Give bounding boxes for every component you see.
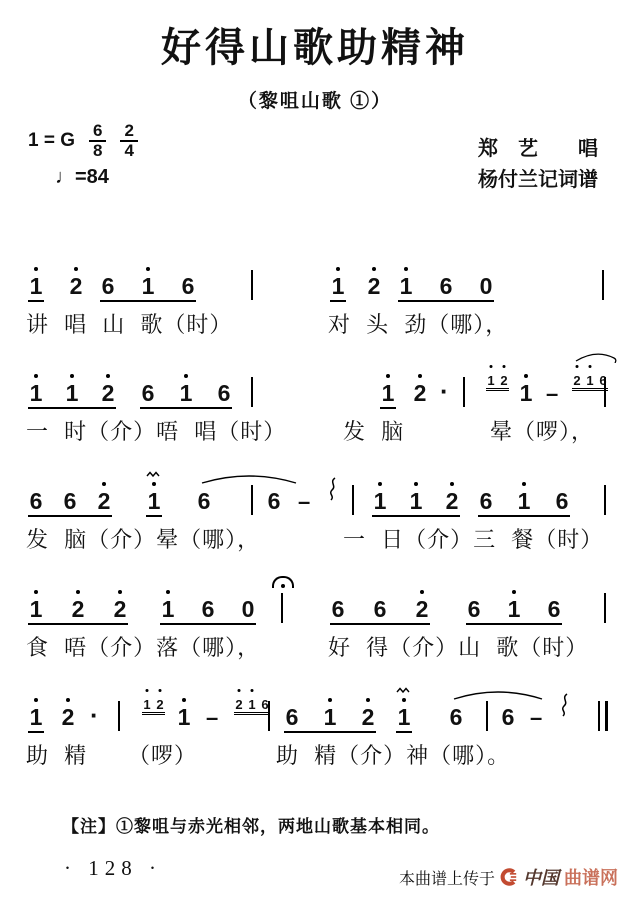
note: 2 bbox=[234, 687, 244, 711]
barline bbox=[602, 270, 604, 300]
sheet-page: 好得山歌助精神 （黎咀山歌 ①） 1 = G 6 8 2 4 ♩=84 郑 艺 … bbox=[0, 0, 630, 902]
note: 6 bbox=[598, 363, 608, 387]
octave-dot bbox=[146, 267, 150, 271]
note: 2 bbox=[412, 365, 428, 405]
site-logo-icon bbox=[500, 868, 518, 886]
note: 1 bbox=[28, 581, 44, 621]
barline bbox=[486, 701, 488, 731]
note-group: 2 bbox=[366, 258, 382, 300]
note-digit: 6 bbox=[556, 489, 569, 513]
note-digit: 6 bbox=[502, 705, 515, 729]
barline bbox=[281, 593, 283, 623]
note: 6 bbox=[372, 581, 388, 621]
meter-1-denominator: 8 bbox=[89, 142, 106, 160]
note: 1 bbox=[64, 365, 80, 405]
song-subtitle: （黎咀山歌 ①） bbox=[0, 86, 630, 113]
note-digit: 2 bbox=[500, 374, 507, 387]
lyric-segment: 晕（啰）， bbox=[490, 415, 594, 446]
note: 1 bbox=[396, 689, 412, 729]
lyrics-row: 助 精（啰）助 精（介）神（哪）。 bbox=[0, 739, 630, 773]
octave-dot bbox=[372, 267, 376, 271]
note: 2 bbox=[112, 581, 128, 621]
note-digit: 2 bbox=[62, 705, 75, 729]
note: 2 bbox=[68, 258, 84, 298]
transcriber-credit: 杨付兰记词谱 bbox=[478, 163, 598, 192]
note-group: 112 bbox=[372, 473, 460, 517]
note: 1 bbox=[486, 363, 496, 387]
note: 1 bbox=[518, 365, 534, 405]
octave-dot bbox=[184, 374, 188, 378]
lyric-segment: 发 脑 bbox=[343, 415, 404, 446]
lyric-segment: 一 日（介）三 餐（时） bbox=[343, 523, 603, 554]
note: 6 bbox=[466, 581, 482, 621]
note: 2 bbox=[100, 365, 116, 405]
dash-note: – bbox=[546, 381, 558, 407]
note-digit: 1 bbox=[332, 274, 345, 298]
octave-dot bbox=[251, 689, 254, 692]
octave-dot bbox=[589, 365, 592, 368]
note-group: 2 bbox=[68, 258, 84, 300]
note-digit: 6 bbox=[198, 489, 211, 513]
note: 6 bbox=[284, 689, 300, 729]
note: 6 bbox=[546, 581, 562, 621]
octave-dot bbox=[404, 267, 408, 271]
note: 2 bbox=[499, 363, 509, 387]
note-digit: 2 bbox=[114, 597, 127, 621]
grace-notes: 12 bbox=[486, 363, 509, 391]
note: 6 bbox=[28, 473, 44, 513]
lyric-segment: 发 脑（介）晕（哪）， bbox=[26, 523, 260, 554]
barline bbox=[268, 701, 270, 731]
trill-icon bbox=[396, 687, 412, 694]
note: 1 bbox=[380, 365, 396, 405]
note-group: 662 bbox=[330, 581, 430, 625]
final-barline bbox=[598, 701, 608, 731]
note-digit: 1 bbox=[324, 705, 337, 729]
dash-note: – bbox=[298, 489, 310, 515]
note: 6 bbox=[62, 473, 78, 513]
augmentation-dot: · bbox=[440, 379, 449, 403]
octave-dot bbox=[490, 365, 493, 368]
barline bbox=[604, 377, 606, 407]
singer-credit: 郑 艺 唱 bbox=[478, 132, 598, 161]
note: 1 bbox=[330, 258, 346, 298]
note: 6 bbox=[216, 365, 232, 405]
octave-dot bbox=[102, 482, 106, 486]
score-line: 11261612·121–216一 时（介）唔 唱（时）发 脑晕（啰）， bbox=[0, 357, 630, 464]
note-digit: 1 bbox=[382, 381, 395, 405]
meter-2-denominator: 4 bbox=[120, 142, 137, 160]
note-digit: 2 bbox=[573, 374, 580, 387]
note: 1 bbox=[28, 689, 44, 729]
note: 6 bbox=[438, 258, 454, 298]
grace-slur-icon bbox=[574, 349, 618, 363]
note-digit: 6 bbox=[332, 597, 345, 621]
note: 2 bbox=[70, 581, 86, 621]
score-line: 12·121–216612166–助 精（啰）助 精（介）神（哪）。 bbox=[0, 681, 630, 788]
octave-dot bbox=[66, 698, 70, 702]
note-digit: 1 bbox=[30, 274, 43, 298]
note: 2 bbox=[572, 363, 582, 387]
octave-dot bbox=[166, 590, 170, 594]
note: 1 bbox=[176, 689, 192, 729]
dash-note: – bbox=[206, 705, 218, 731]
barline bbox=[251, 270, 253, 300]
barline bbox=[118, 701, 120, 731]
octave-dot bbox=[328, 698, 332, 702]
note-group: 1 bbox=[28, 689, 44, 733]
note: 1 bbox=[142, 687, 152, 711]
note-digit: 2 bbox=[416, 597, 429, 621]
lyric-segment: 对 头 劲（哪）， bbox=[328, 308, 508, 339]
note-group: 1 bbox=[518, 365, 534, 407]
octave-dot bbox=[503, 365, 506, 368]
note-digit: 2 bbox=[70, 274, 83, 298]
note-digit: 2 bbox=[368, 274, 381, 298]
meter-2-numerator: 2 bbox=[120, 122, 137, 142]
note: 2 bbox=[60, 689, 76, 729]
note-group: 1 bbox=[28, 258, 44, 302]
note-digit: 2 bbox=[72, 597, 85, 621]
note-digit: 6 bbox=[64, 489, 77, 513]
note: 0 bbox=[478, 258, 494, 298]
note-digit: 1 bbox=[30, 381, 43, 405]
barline bbox=[251, 377, 253, 407]
note-digit: 1 bbox=[487, 374, 494, 387]
note-digit: 1 bbox=[178, 705, 191, 729]
note: 6 bbox=[140, 365, 156, 405]
page-number: · 128 · bbox=[64, 856, 162, 881]
time-signature-2: 2 4 bbox=[120, 122, 137, 160]
note-digit: 1 bbox=[180, 381, 193, 405]
octave-dot bbox=[70, 374, 74, 378]
note: 1 bbox=[140, 258, 156, 298]
octave-dot bbox=[420, 590, 424, 594]
note-digit: 6 bbox=[440, 274, 453, 298]
octave-dot bbox=[238, 689, 241, 692]
note-digit: 1 bbox=[66, 381, 79, 405]
note-digit: 6 bbox=[480, 489, 493, 513]
fermata-icon bbox=[272, 576, 294, 588]
octave-dot bbox=[414, 482, 418, 486]
note-group: 1 bbox=[176, 689, 192, 731]
note-digit: 1 bbox=[398, 705, 411, 729]
note-digit: 2 bbox=[102, 381, 115, 405]
note-group: 112 bbox=[28, 365, 116, 409]
note-group: 160 bbox=[398, 258, 494, 302]
tie-slur bbox=[452, 685, 544, 701]
note: 1 bbox=[28, 258, 44, 298]
note: 2 bbox=[444, 473, 460, 513]
note-digit: 1 bbox=[143, 698, 150, 711]
note-digit: 2 bbox=[362, 705, 375, 729]
octave-dot bbox=[522, 482, 526, 486]
barline bbox=[463, 377, 465, 407]
note-digit: 1 bbox=[410, 489, 423, 513]
note: 6 bbox=[180, 258, 196, 298]
note-digit: 2 bbox=[156, 698, 163, 711]
note-digit: 0 bbox=[242, 597, 255, 621]
lyric-segment: 好 得（介）山 歌（时） bbox=[328, 631, 588, 662]
barline bbox=[604, 593, 606, 623]
barline bbox=[251, 485, 253, 515]
octave-dot bbox=[159, 689, 162, 692]
note-digit: 2 bbox=[414, 381, 427, 405]
lyric-segment: 一 时（介）唔 唱（时） bbox=[26, 415, 286, 446]
octave-dot bbox=[76, 590, 80, 594]
note: 0 bbox=[240, 581, 256, 621]
octave-dot bbox=[74, 267, 78, 271]
note-digit: 1 bbox=[148, 489, 161, 513]
tempo-marking: ♩=84 bbox=[55, 166, 109, 189]
key-signature: 1 = G 6 8 2 4 bbox=[28, 122, 138, 160]
grace-notes: 216 bbox=[572, 363, 608, 391]
site-name-cn: 中国 bbox=[523, 864, 559, 890]
note-group: 616 bbox=[466, 581, 562, 625]
note: 1 bbox=[146, 473, 162, 513]
grace-notes: 12 bbox=[142, 687, 165, 715]
note: 1 bbox=[506, 581, 522, 621]
time-signature-1: 6 8 bbox=[89, 122, 106, 160]
note: 1 bbox=[585, 363, 595, 387]
note-group: 122 bbox=[28, 581, 128, 625]
octave-dot bbox=[34, 374, 38, 378]
note-digit: 6 bbox=[450, 705, 463, 729]
note-group: 616 bbox=[140, 365, 232, 409]
note: 1 bbox=[28, 365, 44, 405]
note-digit: 6 bbox=[30, 489, 43, 513]
tie-slur bbox=[200, 469, 298, 485]
note-group: 616 bbox=[100, 258, 196, 302]
site-name-rest: 曲谱网 bbox=[564, 864, 618, 890]
note-digit: 1 bbox=[400, 274, 413, 298]
octave-dot bbox=[182, 698, 186, 702]
octave-dot bbox=[512, 590, 516, 594]
note-digit: 1 bbox=[248, 698, 255, 711]
note: 6 bbox=[554, 473, 570, 513]
note: 2 bbox=[366, 258, 382, 298]
note-digit: 6 bbox=[468, 597, 481, 621]
note: 1 bbox=[398, 258, 414, 298]
score-line: 1261612160讲 唱 山 歌（时）对 头 劲（哪）， bbox=[0, 250, 630, 357]
key-text: 1 = G bbox=[28, 130, 75, 152]
note: 2 bbox=[414, 581, 430, 621]
octave-dot bbox=[34, 698, 38, 702]
lyric-segment: 助 精（介）神（哪）。 bbox=[276, 739, 510, 770]
octave-dot bbox=[386, 374, 390, 378]
octave-dot bbox=[34, 590, 38, 594]
octave-dot bbox=[118, 590, 122, 594]
note-digit: 6 bbox=[548, 597, 561, 621]
note-digit: 2 bbox=[446, 489, 459, 513]
footnote: 【注】①黎咀与赤光相邻，两地山歌基本相同。 bbox=[62, 812, 440, 837]
footer-credit: 本曲谱上传于 中国 曲谱网 bbox=[399, 864, 618, 890]
lyric-segment: 助 精 bbox=[26, 739, 87, 770]
note-group: 662 bbox=[28, 473, 112, 517]
note-digit: 1 bbox=[162, 597, 175, 621]
note-group: 1 bbox=[330, 258, 346, 302]
octave-dot bbox=[152, 482, 156, 486]
trill-icon bbox=[146, 471, 162, 478]
note: 1 bbox=[247, 687, 257, 711]
note-digit: 1 bbox=[508, 597, 521, 621]
note: 2 bbox=[155, 687, 165, 711]
note-group: 1 bbox=[380, 365, 396, 409]
octave-dot bbox=[34, 267, 38, 271]
note-group: 616 bbox=[478, 473, 570, 517]
note: 1 bbox=[408, 473, 424, 513]
note-group: 1 bbox=[396, 689, 412, 733]
lyric-segment: 食 唔（介）落（哪）， bbox=[26, 631, 260, 662]
note-digit: 6 bbox=[218, 381, 231, 405]
note: 1 bbox=[372, 473, 388, 513]
barline bbox=[604, 485, 606, 515]
octave-dot bbox=[106, 374, 110, 378]
score: 1261612160讲 唱 山 歌（时）对 头 劲（哪），11261612·12… bbox=[0, 250, 630, 795]
augmentation-dot: · bbox=[90, 703, 99, 727]
note-digit: 6 bbox=[268, 489, 281, 513]
note: 2 bbox=[360, 689, 376, 729]
octave-dot bbox=[524, 374, 528, 378]
note-group: 612 bbox=[284, 689, 376, 733]
note: 6 bbox=[200, 581, 216, 621]
note-digit: 6 bbox=[182, 274, 195, 298]
note-group: 2 bbox=[60, 689, 76, 731]
lyric-segment: 讲 唱 山 歌（时） bbox=[26, 308, 232, 339]
octave-dot bbox=[576, 365, 579, 368]
note-digit: 1 bbox=[30, 705, 43, 729]
upload-credit-text: 本曲谱上传于 bbox=[399, 866, 495, 889]
octave-dot bbox=[378, 482, 382, 486]
lyrics-row: 一 时（介）唔 唱（时）发 脑晕（啰）， bbox=[0, 415, 630, 449]
note-group: 1 bbox=[146, 473, 162, 517]
octave-dot bbox=[366, 698, 370, 702]
note-digit: 0 bbox=[480, 274, 493, 298]
octave-dot bbox=[418, 374, 422, 378]
dash-note: – bbox=[530, 705, 542, 731]
octave-dot bbox=[146, 689, 149, 692]
note: 1 bbox=[322, 689, 338, 729]
meter-1-numerator: 6 bbox=[89, 122, 106, 142]
octave-dot bbox=[336, 267, 340, 271]
score-line: 122160662616食 唔（介）落（哪），好 得（介）山 歌（时） bbox=[0, 573, 630, 680]
note-digit: 6 bbox=[102, 274, 115, 298]
breath-mark-icon bbox=[560, 693, 570, 717]
note-digit: 6 bbox=[202, 597, 215, 621]
note-digit: 2 bbox=[235, 698, 242, 711]
note-digit: 1 bbox=[586, 374, 593, 387]
grace-notes: 216 bbox=[234, 687, 270, 715]
note-digit: 1 bbox=[374, 489, 387, 513]
lyrics-row: 讲 唱 山 歌（时）对 头 劲（哪）， bbox=[0, 308, 630, 342]
note-digit: 1 bbox=[30, 597, 43, 621]
note: 1 bbox=[160, 581, 176, 621]
lyrics-row: 食 唔（介）落（哪），好 得（介）山 歌（时） bbox=[0, 631, 630, 665]
note-group: 160 bbox=[160, 581, 256, 625]
note-digit: 6 bbox=[286, 705, 299, 729]
note-digit: 6 bbox=[142, 381, 155, 405]
note-digit: 6 bbox=[374, 597, 387, 621]
song-title: 好得山歌助精神 bbox=[0, 16, 630, 73]
note-digit: 1 bbox=[518, 489, 531, 513]
breath-mark-icon bbox=[328, 477, 338, 501]
note: 6 bbox=[100, 258, 116, 298]
note-digit: 1 bbox=[520, 381, 533, 405]
octave-dot bbox=[450, 482, 454, 486]
note-digit: 2 bbox=[98, 489, 111, 513]
score-line: 662166–112616发 脑（介）晕（哪），一 日（介）三 餐（时） bbox=[0, 465, 630, 572]
barline bbox=[352, 485, 354, 515]
note: 1 bbox=[516, 473, 532, 513]
note-digit: 1 bbox=[142, 274, 155, 298]
lyrics-row: 发 脑（介）晕（哪），一 日（介）三 餐（时） bbox=[0, 523, 630, 557]
note: 1 bbox=[178, 365, 194, 405]
note: 2 bbox=[96, 473, 112, 513]
lyric-segment: （啰） bbox=[128, 739, 197, 770]
note: 6 bbox=[478, 473, 494, 513]
note-group: 2 bbox=[412, 365, 428, 407]
octave-dot bbox=[402, 698, 406, 702]
note: 6 bbox=[330, 581, 346, 621]
